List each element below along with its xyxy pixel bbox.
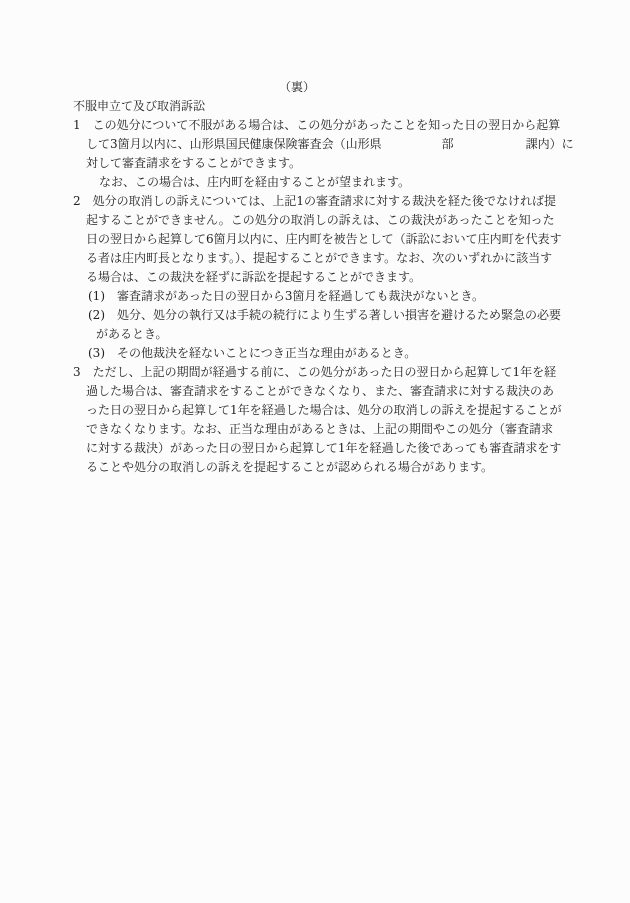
item1-line-1: 1 この処分について不服がある場合は、この処分があったことを知った日の翌日から起…	[0, 116, 630, 135]
item2-line-4: る者は庄内町長となります。）、提起することができます。なお、次のいずれかに該当す	[0, 249, 630, 268]
item3-line-1: 3 ただし、上記の期間が経過する前に、この処分があった日の翌日から起算して1年を…	[0, 363, 630, 382]
page-side-label: （裏）	[0, 78, 630, 97]
item2-line-5: る場合は、この裁決を経ずに訴訟を提起することができます。	[0, 268, 630, 287]
document-body: （裏） 不服申立て及び取消訴訟 1 この処分について不服がある場合は、この処分が…	[0, 78, 630, 477]
item2-line-2: 起することができません。この処分の取消しの訴えは、この裁決があったことを知った	[0, 211, 630, 230]
item2-sub1: (1) 審査請求があった日の翌日から3箇月を経過しても裁決がないとき。	[0, 287, 630, 306]
item3-line-6: ることや処分の取消しの訴えを提起することが認められる場合があります。	[0, 458, 630, 477]
item3-line-5: に対する裁決）があった日の翌日から起算して1年を経過した後であっても審査請求をす	[0, 439, 630, 458]
item3-line-3: った日の翌日から起算して1年を経過した場合は、処分の取消しの訴えを提起することが	[0, 401, 630, 420]
item2-sub3: (3) その他裁決を経ないことにつき正当な理由があるとき。	[0, 344, 630, 363]
item2-sub2-line-1: (2) 処分、処分の執行又は手続の続行により生ずる著しい損害を避けるため緊急の必…	[0, 306, 630, 325]
item1-line-3: 対して審査請求をすることができます。	[0, 154, 630, 173]
document-title: 不服申立て及び取消訴訟	[0, 97, 630, 116]
item2-line-3: 日の翌日から起算して6箇月以内に、庄内町を被告として（訴訟において庄内町を代表す	[0, 230, 630, 249]
item3-line-4: できなくなります。なお、正当な理由があるときは、上記の期間やこの処分（審査請求	[0, 420, 630, 439]
item2-line-1: 2 処分の取消しの訴えについては、上記1の審査請求に対する裁決を経た後でなければ…	[0, 192, 630, 211]
document-page: （裏） 不服申立て及び取消訴訟 1 この処分について不服がある場合は、この処分が…	[0, 0, 630, 903]
item3-line-2: 過した場合は、審査請求をすることができなくなり、また、審査請求に対する裁決のあ	[0, 382, 630, 401]
item1-note: なお、この場合は、庄内町を経由することが望まれます。	[0, 173, 630, 192]
item1-line-2: して3箇月以内に、山形県国民健康保険審査会（山形県 部 課内）に	[0, 135, 630, 154]
item2-sub2-line-2: があるとき。	[0, 325, 630, 344]
